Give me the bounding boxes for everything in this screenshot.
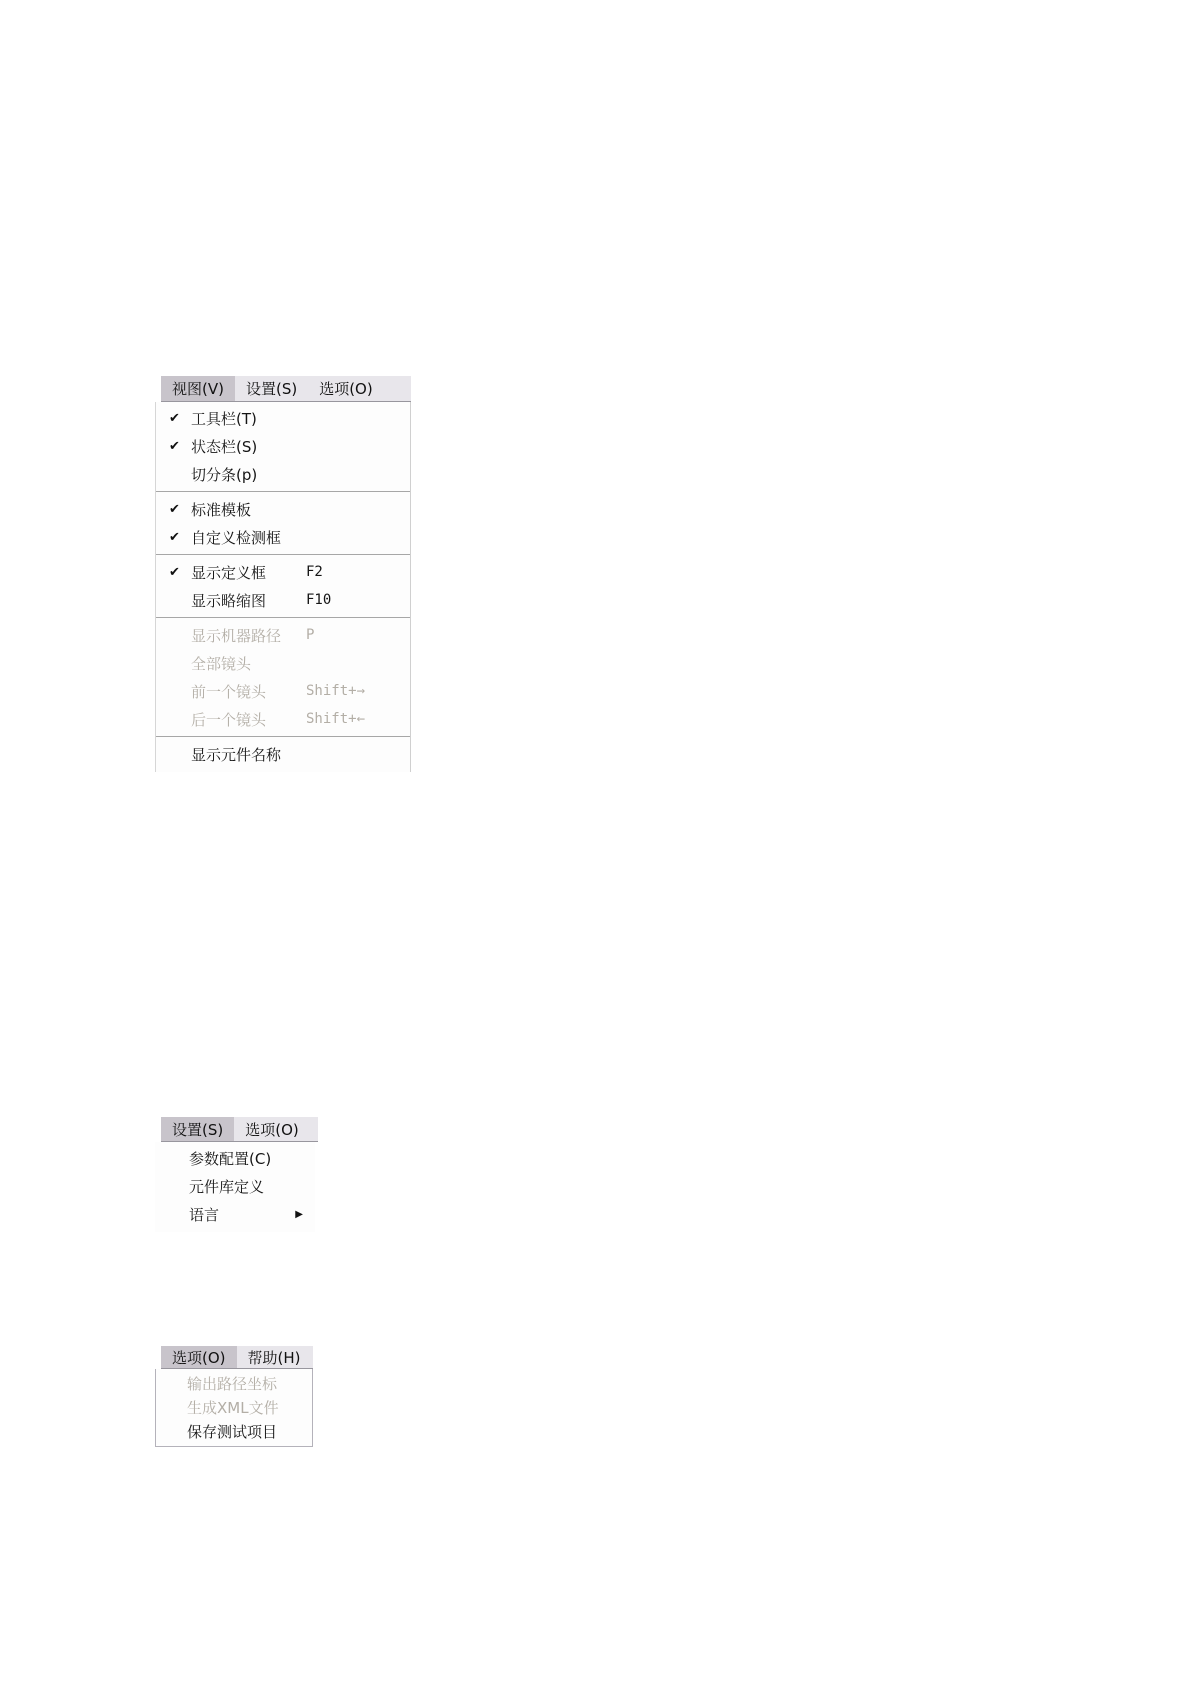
menubar-item-settings[interactable]: 设置(S) — [161, 1117, 234, 1141]
settings-menubar: 设置(S) 选项(O) — [161, 1117, 318, 1142]
menu-separator — [156, 617, 410, 618]
settings-dropdown: 参数配置(C) 元件库定义 语言 ▶ — [155, 1142, 315, 1232]
menu-item-label: 元件库定义 — [189, 1176, 264, 1197]
menu-item-shortcut: F2 — [306, 564, 323, 580]
menu-item-label: 切分条(p) — [191, 464, 306, 485]
menu-separator — [156, 554, 410, 555]
options-dropdown: 输出路径坐标 生成XML文件 保存测试项目 — [155, 1369, 313, 1447]
menu-item-show-component-name[interactable]: 显示元件名称 — [156, 740, 410, 768]
menu-item-status-bar[interactable]: ✔ 状态栏(S) — [156, 432, 410, 460]
menubar-item-options[interactable]: 选项(O) — [308, 376, 384, 401]
check-icon: ✔ — [169, 502, 191, 517]
view-menubar: 视图(V) 设置(S) 选项(O) — [161, 376, 411, 402]
menu-item-component-library-definition[interactable]: 元件库定义 — [155, 1172, 315, 1200]
menu-item-label: 状态栏(S) — [191, 436, 306, 457]
check-icon: ✔ — [169, 530, 191, 545]
menu-item-generate-xml-file[interactable]: 生成XML文件 — [156, 1395, 312, 1419]
menu-item-standard-template[interactable]: ✔ 标准模板 — [156, 495, 410, 523]
menu-item-save-test-project[interactable]: 保存测试项目 — [156, 1419, 312, 1443]
menu-item-label: 前一个镜头 — [191, 681, 306, 702]
menu-item-custom-detection-box[interactable]: ✔ 自定义检测框 — [156, 523, 410, 551]
menu-item-shortcut: Shift+← — [306, 711, 365, 727]
submenu-arrow-icon: ▶ — [295, 1209, 303, 1220]
menu-item-label: 标准模板 — [191, 499, 306, 520]
check-icon: ✔ — [169, 411, 191, 426]
menubar-item-options[interactable]: 选项(O) — [161, 1346, 237, 1368]
menu-item-shortcut: F10 — [306, 592, 331, 608]
menu-item-language[interactable]: 语言 ▶ — [155, 1200, 315, 1228]
menu-item-label: 保存测试项目 — [187, 1421, 277, 1442]
view-dropdown: ✔ 工具栏(T) ✔ 状态栏(S) 切分条(p) ✔ 标准模板 ✔ 自定义检测框… — [155, 402, 411, 772]
menu-item-show-definition-box[interactable]: ✔ 显示定义框 F2 — [156, 558, 410, 586]
check-icon: ✔ — [169, 439, 191, 454]
menu-item-label: 工具栏(T) — [191, 408, 306, 429]
menubar-item-options[interactable]: 选项(O) — [234, 1117, 310, 1141]
menu-item-toolbar[interactable]: ✔ 工具栏(T) — [156, 404, 410, 432]
menu-item-label: 输出路径坐标 — [187, 1373, 277, 1394]
menu-item-label: 语言 — [189, 1204, 219, 1225]
menu-item-label: 参数配置(C) — [189, 1148, 271, 1169]
menu-item-label: 显示机器路径 — [191, 625, 306, 646]
menu-item-label: 全部镜头 — [191, 653, 306, 674]
options-menubar: 选项(O) 帮助(H) — [161, 1346, 313, 1369]
menu-separator — [156, 491, 410, 492]
menu-separator — [156, 736, 410, 737]
menu-item-label: 显示定义框 — [191, 562, 306, 583]
menubar-item-settings[interactable]: 设置(S) — [235, 376, 308, 401]
menu-item-shortcut: Shift+→ — [306, 683, 365, 699]
menu-item-parameter-config[interactable]: 参数配置(C) — [155, 1144, 315, 1172]
menu-item-previous-lens[interactable]: 前一个镜头 Shift+→ — [156, 677, 410, 705]
menu-item-label: 后一个镜头 — [191, 709, 306, 730]
menu-item-show-machine-path[interactable]: 显示机器路径 P — [156, 621, 410, 649]
menu-item-label: 生成XML文件 — [187, 1397, 279, 1418]
menubar-item-help[interactable]: 帮助(H) — [237, 1346, 312, 1368]
check-icon: ✔ — [169, 565, 191, 580]
menu-item-label: 显示元件名称 — [191, 744, 306, 765]
menu-item-output-path-coordinates[interactable]: 输出路径坐标 — [156, 1371, 312, 1395]
menu-item-label: 自定义检测框 — [191, 527, 306, 548]
menu-item-all-lenses[interactable]: 全部镜头 — [156, 649, 410, 677]
menubar-item-view[interactable]: 视图(V) — [161, 376, 235, 401]
menu-item-show-thumbnail[interactable]: 显示略缩图 F10 — [156, 586, 410, 614]
menu-item-split-bar[interactable]: 切分条(p) — [156, 460, 410, 488]
menu-item-label: 显示略缩图 — [191, 590, 306, 611]
menu-item-shortcut: P — [306, 627, 314, 643]
menu-item-next-lens[interactable]: 后一个镜头 Shift+← — [156, 705, 410, 733]
